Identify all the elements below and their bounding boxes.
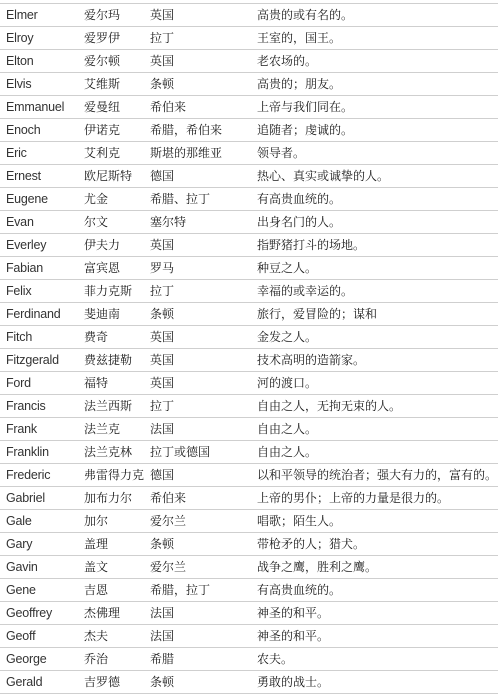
meaning-cell: 唱歌；陌生人。 <box>257 510 341 532</box>
meaning-cell: 自由之人，无拘无束的人。 <box>257 395 401 417</box>
meaning-cell: 技术高明的造箭家。 <box>257 349 365 371</box>
names-table: Elmer 爱尔玛 英国 高贵的或有名的。 Elroy 爱罗伊 拉丁 王室的，国… <box>0 3 498 694</box>
chinese-name-cell: 弗雷得力克 <box>84 464 144 486</box>
chinese-name-cell: 法兰西斯 <box>84 395 132 417</box>
table-row: Enoch 伊诺克 希腊，希伯来 追随者；虔诚的。 <box>0 119 498 142</box>
origin-cell: 法国 <box>150 625 174 647</box>
table-row: Gary 盖理 条顿 带枪矛的人；猎犬。 <box>0 533 498 556</box>
meaning-cell: 热心、真实或诚挚的人。 <box>257 165 389 187</box>
table-row: George 乔治 希腊 农夫。 <box>0 648 498 671</box>
origin-cell: 英国 <box>150 50 174 72</box>
table-row: Emmanuel 爱曼纽 希伯来 上帝与我们同在。 <box>0 96 498 119</box>
origin-cell: 英国 <box>150 372 174 394</box>
table-row: Ford 福特 英国 河的渡口。 <box>0 372 498 395</box>
origin-cell: 爱尔兰 <box>150 556 186 578</box>
english-name-cell: Francis <box>6 395 46 417</box>
chinese-name-cell: 富宾恩 <box>84 257 120 279</box>
chinese-name-cell: 杰佛理 <box>84 602 120 624</box>
english-name-cell: Elvis <box>6 73 31 95</box>
english-name-cell: Eugene <box>6 188 48 210</box>
table-row: Elmer 爱尔玛 英国 高贵的或有名的。 <box>0 4 498 27</box>
english-name-cell: Fitzgerald <box>6 349 59 371</box>
chinese-name-cell: 费兹捷勒 <box>84 349 132 371</box>
table-row: Gerald 吉罗德 条顿 勇敢的战士。 <box>0 671 498 694</box>
meaning-cell: 旅行，爱冒险的；谋和 <box>257 303 377 325</box>
origin-cell: 德国 <box>150 464 174 486</box>
chinese-name-cell: 伊诺克 <box>84 119 120 141</box>
table-row: Ferdinand 斐迪南 条顿 旅行，爱冒险的；谋和 <box>0 303 498 326</box>
table-row: Fitch 费奇 英国 金发之人。 <box>0 326 498 349</box>
meaning-cell: 战争之鹰，胜利之鹰。 <box>257 556 377 578</box>
chinese-name-cell: 盖理 <box>84 533 108 555</box>
english-name-cell: Elmer <box>6 4 38 26</box>
english-name-cell: Gene <box>6 579 36 601</box>
origin-cell: 希伯来 <box>150 487 186 509</box>
origin-cell: 拉丁 <box>150 27 174 49</box>
origin-cell: 法国 <box>150 418 174 440</box>
meaning-cell: 王室的，国王。 <box>257 27 341 49</box>
origin-cell: 希腊 <box>150 648 174 670</box>
english-name-cell: Elton <box>6 50 34 72</box>
origin-cell: 条顿 <box>150 671 174 693</box>
english-name-cell: Evan <box>6 211 34 233</box>
chinese-name-cell: 伊夫力 <box>84 234 120 256</box>
english-name-cell: Geoff <box>6 625 35 647</box>
chinese-name-cell: 斐迪南 <box>84 303 120 325</box>
chinese-name-cell: 菲力克斯 <box>84 280 132 302</box>
table-row: Gabriel 加布力尔 希伯来 上帝的男仆；上帝的力量是很力的。 <box>0 487 498 510</box>
chinese-name-cell: 福特 <box>84 372 108 394</box>
english-name-cell: Frank <box>6 418 37 440</box>
meaning-cell: 金发之人。 <box>257 326 317 348</box>
meaning-cell: 领导者。 <box>257 142 305 164</box>
english-name-cell: Elroy <box>6 27 33 49</box>
meaning-cell: 出身名门的人。 <box>257 211 341 233</box>
table-row: Elvis 艾维斯 条顿 高贵的；朋友。 <box>0 73 498 96</box>
origin-cell: 希腊，拉丁 <box>150 579 210 601</box>
table-row: Eugene 尤金 希腊、拉丁 有高贵血统的。 <box>0 188 498 211</box>
english-name-cell: Gary <box>6 533 32 555</box>
origin-cell: 英国 <box>150 349 174 371</box>
origin-cell: 条顿 <box>150 73 174 95</box>
meaning-cell: 有高贵血统的。 <box>257 579 341 601</box>
origin-cell: 英国 <box>150 4 174 26</box>
origin-cell: 英国 <box>150 234 174 256</box>
origin-cell: 希伯来 <box>150 96 186 118</box>
table-row: Elroy 爱罗伊 拉丁 王室的，国王。 <box>0 27 498 50</box>
table-row: Gale 加尔 爱尔兰 唱歌；陌生人。 <box>0 510 498 533</box>
chinese-name-cell: 欧尼斯特 <box>84 165 132 187</box>
origin-cell: 罗马 <box>150 257 174 279</box>
table-row: Fabian 富宾恩 罗马 种豆之人。 <box>0 257 498 280</box>
origin-cell: 条顿 <box>150 533 174 555</box>
chinese-name-cell: 加尔 <box>84 510 108 532</box>
english-name-cell: Everley <box>6 234 46 256</box>
chinese-name-cell: 法兰克 <box>84 418 120 440</box>
chinese-name-cell: 爱尔顿 <box>84 50 120 72</box>
english-name-cell: Felix <box>6 280 31 302</box>
english-name-cell: Frederic <box>6 464 50 486</box>
english-name-cell: Fabian <box>6 257 43 279</box>
origin-cell: 拉丁或德国 <box>150 441 210 463</box>
meaning-cell: 高贵的或有名的。 <box>257 4 353 26</box>
origin-cell: 德国 <box>150 165 174 187</box>
chinese-name-cell: 吉恩 <box>84 579 108 601</box>
chinese-name-cell: 尤金 <box>84 188 108 210</box>
table-row: Everley 伊夫力 英国 指野猪打斗的场地。 <box>0 234 498 257</box>
table-row: Geoff 杰夫 法国 神圣的和平。 <box>0 625 498 648</box>
table-row: Gavin 盖文 爱尔兰 战争之鹰，胜利之鹰。 <box>0 556 498 579</box>
chinese-name-cell: 费奇 <box>84 326 108 348</box>
meaning-cell: 以和平领导的统治者；强大有力的，富有的。 <box>257 464 497 486</box>
english-name-cell: Enoch <box>6 119 40 141</box>
table-row: Frank 法兰克 法国 自由之人。 <box>0 418 498 441</box>
english-name-cell: Eric <box>6 142 27 164</box>
chinese-name-cell: 盖文 <box>84 556 108 578</box>
meaning-cell: 追随者；虔诚的。 <box>257 119 353 141</box>
meaning-cell: 老农场的。 <box>257 50 317 72</box>
origin-cell: 希腊、拉丁 <box>150 188 210 210</box>
meaning-cell: 神圣的和平。 <box>257 625 329 647</box>
meaning-cell: 带枪矛的人；猎犬。 <box>257 533 365 555</box>
table-row: Fitzgerald 费兹捷勒 英国 技术高明的造箭家。 <box>0 349 498 372</box>
chinese-name-cell: 尔文 <box>84 211 108 233</box>
origin-cell: 塞尔特 <box>150 211 186 233</box>
table-row: Geoffrey 杰佛理 法国 神圣的和平。 <box>0 602 498 625</box>
chinese-name-cell: 杰夫 <box>84 625 108 647</box>
english-name-cell: Gabriel <box>6 487 45 509</box>
chinese-name-cell: 艾利克 <box>84 142 120 164</box>
english-name-cell: Gale <box>6 510 32 532</box>
meaning-cell: 上帝与我们同在。 <box>257 96 353 118</box>
english-name-cell: Ford <box>6 372 31 394</box>
english-name-cell: Fitch <box>6 326 32 348</box>
english-name-cell: Ernest <box>6 165 41 187</box>
table-row: Francis 法兰西斯 拉丁 自由之人，无拘无束的人。 <box>0 395 498 418</box>
origin-cell: 爱尔兰 <box>150 510 186 532</box>
chinese-name-cell: 乔治 <box>84 648 108 670</box>
meaning-cell: 高贵的；朋友。 <box>257 73 341 95</box>
chinese-name-cell: 吉罗德 <box>84 671 120 693</box>
english-name-cell: Geoffrey <box>6 602 52 624</box>
english-name-cell: Gavin <box>6 556 38 578</box>
english-name-cell: Ferdinand <box>6 303 61 325</box>
table-row: Ernest 欧尼斯特 德国 热心、真实或诚挚的人。 <box>0 165 498 188</box>
meaning-cell: 指野猪打斗的场地。 <box>257 234 365 256</box>
origin-cell: 拉丁 <box>150 280 174 302</box>
origin-cell: 英国 <box>150 326 174 348</box>
table-row: Gene 吉恩 希腊，拉丁 有高贵血统的。 <box>0 579 498 602</box>
meaning-cell: 自由之人。 <box>257 441 317 463</box>
meaning-cell: 神圣的和平。 <box>257 602 329 624</box>
chinese-name-cell: 爱尔玛 <box>84 4 120 26</box>
meaning-cell: 河的渡口。 <box>257 372 317 394</box>
origin-cell: 拉丁 <box>150 395 174 417</box>
english-name-cell: George <box>6 648 47 670</box>
english-name-cell: Franklin <box>6 441 49 463</box>
english-name-cell: Emmanuel <box>6 96 64 118</box>
english-name-cell: Gerald <box>6 671 42 693</box>
table-row: Eric 艾利克 斯堪的那维亚 领导者。 <box>0 142 498 165</box>
table-row: Frederic 弗雷得力克 德国 以和平领导的统治者；强大有力的，富有的。 <box>0 464 498 487</box>
table-row: Evan 尔文 塞尔特 出身名门的人。 <box>0 211 498 234</box>
meaning-cell: 自由之人。 <box>257 418 317 440</box>
meaning-cell: 幸福的或幸运的。 <box>257 280 353 302</box>
table-row: Franklin 法兰克林 拉丁或德国 自由之人。 <box>0 441 498 464</box>
chinese-name-cell: 法兰克林 <box>84 441 132 463</box>
meaning-cell: 种豆之人。 <box>257 257 317 279</box>
meaning-cell: 上帝的男仆；上帝的力量是很力的。 <box>257 487 449 509</box>
chinese-name-cell: 爱罗伊 <box>84 27 120 49</box>
chinese-name-cell: 爱曼纽 <box>84 96 120 118</box>
origin-cell: 希腊，希伯来 <box>150 119 222 141</box>
meaning-cell: 勇敢的战士。 <box>257 671 329 693</box>
meaning-cell: 有高贵血统的。 <box>257 188 341 210</box>
table-row: Felix 菲力克斯 拉丁 幸福的或幸运的。 <box>0 280 498 303</box>
chinese-name-cell: 艾维斯 <box>84 73 120 95</box>
origin-cell: 斯堪的那维亚 <box>150 142 222 164</box>
chinese-name-cell: 加布力尔 <box>84 487 132 509</box>
table-row: Elton 爱尔顿 英国 老农场的。 <box>0 50 498 73</box>
meaning-cell: 农夫。 <box>257 648 293 670</box>
origin-cell: 法国 <box>150 602 174 624</box>
origin-cell: 条顿 <box>150 303 174 325</box>
